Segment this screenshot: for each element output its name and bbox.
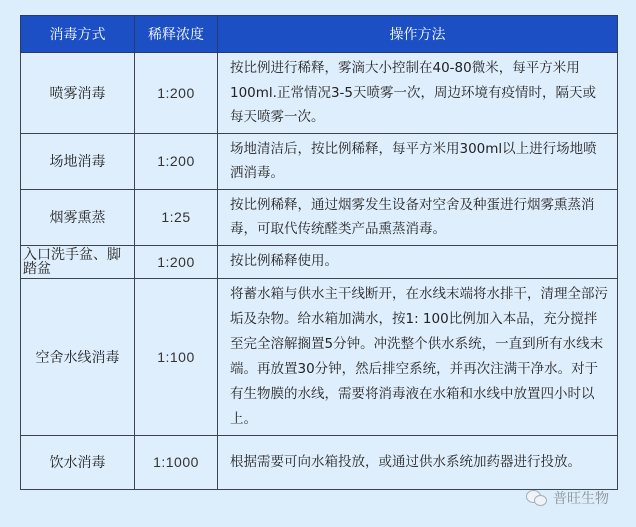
cell-description: 将蓄水箱与供水主干线断开，在水线末端将水排干，清理全部污垢及杂物。给水箱加满水，… [218,278,618,435]
header-ratio: 稀释浓度 [135,16,218,53]
table-row: 饮水消毒 1:1000 根据需要可向水箱投放，或通过供水系统加药器进行投放。 [21,435,618,489]
cell-method: 场地消毒 [21,133,135,189]
wechat-icon [526,489,548,507]
table-row: 喷雾消毒 1:200 按比例进行稀释，雾滴大小控制在40-80微米，每平方米用1… [21,53,618,134]
header-description: 操作方法 [218,16,618,53]
cell-method: 空舍水线消毒 [21,278,135,435]
table-row: 入口洗手盆、脚踏盆 1:200 按比例稀释使用。 [21,245,618,278]
disinfection-table: 消毒方式 稀释浓度 操作方法 喷雾消毒 1:200 按比例进行稀释，雾滴大小控制… [20,15,618,490]
cell-ratio: 1:100 [135,278,218,435]
header-method: 消毒方式 [21,16,135,53]
watermark: 普旺生物 [526,488,609,508]
cell-ratio: 1:200 [135,53,218,134]
cell-description: 根据需要可向水箱投放，或通过供水系统加药器进行投放。 [218,435,618,489]
cell-description: 场地清洁后，按比例稀释，每平方米用300ml以上进行场地喷洒消毒。 [218,133,618,189]
cell-ratio: 1:25 [135,189,218,245]
cell-ratio: 1:200 [135,245,218,278]
cell-method: 烟雾熏蒸 [21,189,135,245]
table-row: 烟雾熏蒸 1:25 按比例稀释，通过烟雾发生设备对空舍及种蛋进行烟雾熏蒸消毒，可… [21,189,618,245]
cell-method: 入口洗手盆、脚踏盆 [21,245,135,278]
table-row: 空舍水线消毒 1:100 将蓄水箱与供水主干线断开，在水线末端将水排干，清理全部… [21,278,618,435]
disinfection-table-container: 消毒方式 稀释浓度 操作方法 喷雾消毒 1:200 按比例进行稀释，雾滴大小控制… [20,15,617,490]
table-row: 场地消毒 1:200 场地清洁后，按比例稀释，每平方米用300ml以上进行场地喷… [21,133,618,189]
cell-description: 按比例稀释使用。 [218,245,618,278]
cell-method: 喷雾消毒 [21,53,135,134]
watermark-text: 普旺生物 [553,488,609,508]
cell-description: 按比例稀释，通过烟雾发生设备对空舍及种蛋进行烟雾熏蒸消毒，可取代传统醛类产品熏蒸… [218,189,618,245]
cell-description: 按比例进行稀释，雾滴大小控制在40-80微米，每平方米用100ml.正常情况3-… [218,53,618,134]
table-header-row: 消毒方式 稀释浓度 操作方法 [21,16,618,53]
cell-ratio: 1:1000 [135,435,218,489]
cell-ratio: 1:200 [135,133,218,189]
cell-method: 饮水消毒 [21,435,135,489]
